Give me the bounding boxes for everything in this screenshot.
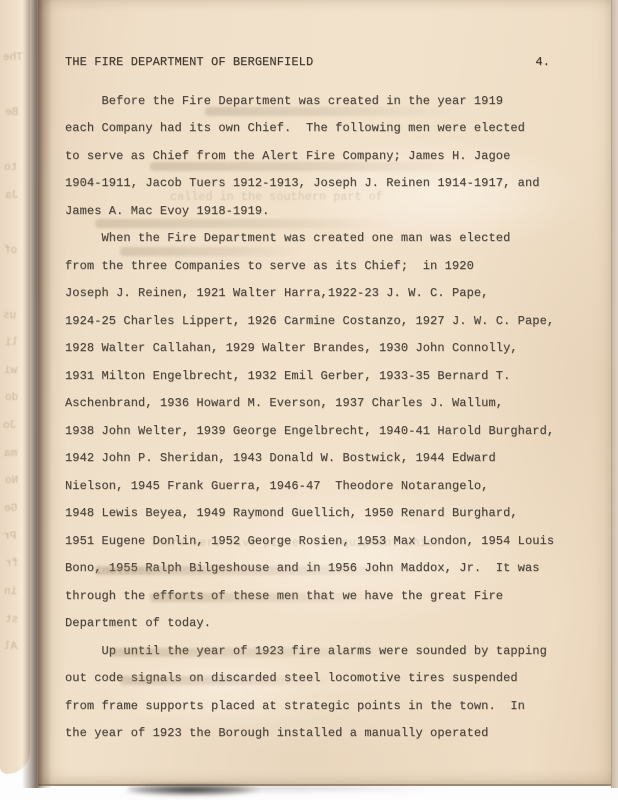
mirrored-text-fragment: Al bbox=[4, 641, 17, 653]
mirrored-text-fragment: of bbox=[4, 245, 17, 257]
mirrored-text-fragment: ma bbox=[4, 448, 17, 460]
text-line: from frame supports placed at strategic … bbox=[65, 693, 562, 721]
mirrored-text-fragment: Be bbox=[5, 107, 18, 119]
mirrored-text-fragment: li bbox=[5, 337, 18, 349]
text-line: Nielson, 1945 Frank Guerra, 1946-47 Theo… bbox=[65, 473, 562, 501]
scanned-document: THE FIRE DEPARTMENT OF BERGENFIELD 4. Be… bbox=[0, 0, 618, 800]
mirrored-text-fragment: to bbox=[4, 162, 17, 174]
mirrored-text-fragment: do bbox=[5, 392, 18, 404]
text-line: Bono, 1955 Ralph Bilgeshouse and in 1956… bbox=[65, 555, 562, 583]
text-line: When the Fire Department was created one… bbox=[65, 225, 562, 253]
mirrored-text-fragment: Ge bbox=[4, 503, 17, 515]
mirrored-text-fragment: st bbox=[5, 614, 18, 626]
mirrored-text-fragment: in bbox=[4, 586, 17, 598]
text-line: each Company had its own Chief. The foll… bbox=[65, 115, 562, 143]
text-line: 1931 Milton Engelbrecht, 1932 Emil Gerbe… bbox=[65, 363, 562, 391]
text-line: Department of today. bbox=[65, 610, 562, 638]
mirrored-text-fragment: Pr bbox=[3, 531, 16, 543]
gutter-shadow bbox=[22, 0, 52, 788]
page-number: 4. bbox=[535, 49, 562, 77]
typewritten-lines: Before the Fire Department was created i… bbox=[65, 88, 562, 748]
text-line: to serve as Chief from the Alert Fire Co… bbox=[65, 143, 562, 171]
text-line: 1928 Walter Callahan, 1929 Walter Brande… bbox=[65, 335, 562, 363]
text-line: Aschenbrand, 1936 Howard M. Everson, 193… bbox=[65, 390, 562, 418]
text-line: 1942 John P. Sheridan, 1943 Donald W. Bo… bbox=[65, 445, 562, 473]
document-page: THE FIRE DEPARTMENT OF BERGENFIELD 4. Be… bbox=[38, 0, 612, 786]
text-line: the year of 1923 the Borough installed a… bbox=[65, 720, 562, 748]
mirrored-text-fragment: No bbox=[5, 475, 18, 487]
text-line: Joseph J. Reinen, 1921 Walter Harra,1922… bbox=[65, 280, 562, 308]
mirrored-text-fragment: fr bbox=[5, 558, 18, 570]
mirrored-text-fragment: Jo bbox=[3, 420, 16, 432]
typewritten-content: THE FIRE DEPARTMENT OF BERGENFIELD 4. Be… bbox=[65, 49, 562, 748]
mirrored-text-fragment: The bbox=[3, 52, 23, 64]
text-line: through the efforts of these men that we… bbox=[65, 583, 562, 611]
text-line: James A. Mac Evoy 1918-1919. bbox=[65, 198, 562, 226]
page-header: THE FIRE DEPARTMENT OF BERGENFIELD 4. bbox=[65, 49, 562, 77]
text-line: out code signals on discarded steel loco… bbox=[65, 665, 562, 693]
text-line: Up until the year of 1923 fire alarms we… bbox=[65, 638, 562, 666]
text-line: 1924-25 Charles Lippert, 1926 Carmine Co… bbox=[65, 308, 562, 336]
text-line: from the three Companies to serve as its… bbox=[65, 253, 562, 281]
page-right-edge bbox=[611, 0, 618, 788]
text-line: 1948 Lewis Beyea, 1949 Raymond Guellich,… bbox=[65, 500, 562, 528]
text-line: 1938 John Welter, 1939 George Engelbrech… bbox=[65, 418, 562, 446]
text-line: 1904-1911, Jacob Tuers 1912-1913, Joseph… bbox=[65, 170, 562, 198]
page-bottom-shadow-dark bbox=[128, 785, 293, 798]
page-title: THE FIRE DEPARTMENT OF BERGENFIELD bbox=[65, 49, 313, 77]
mirrored-text-fragment: Ja bbox=[5, 190, 18, 202]
mirrored-text-fragment: wi bbox=[4, 365, 17, 377]
text-line: 1951 Eugene Donlin, 1952 George Rosien, … bbox=[65, 528, 562, 556]
text-line: Before the Fire Department was created i… bbox=[65, 88, 562, 116]
mirrored-text-fragment: us bbox=[3, 310, 16, 322]
